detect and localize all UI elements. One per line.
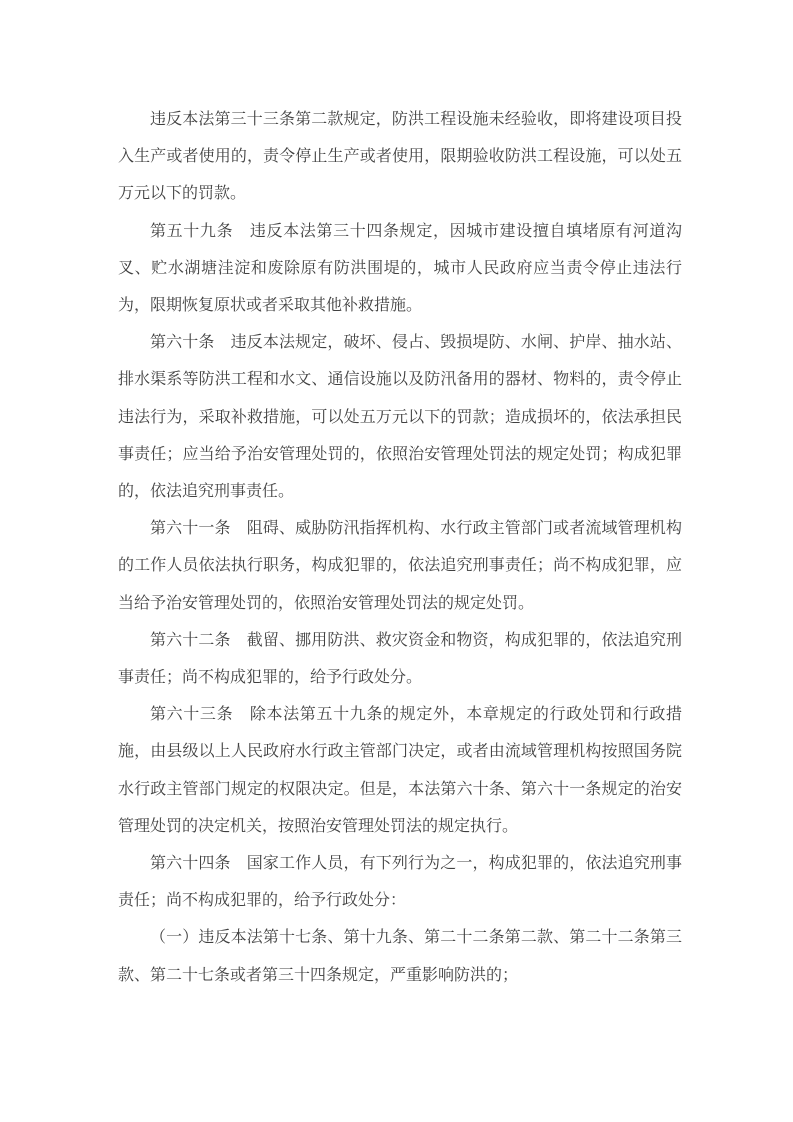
paragraph-article-63: 第六十三条 除本法第五十九条的规定外，本章规定的行政处罚和行政措施，由县级以上人… <box>118 696 682 845</box>
paragraph-article-64-item-1: （一）违反本法第十七条、第十九条、第二十二条第二款、第二十二条第三款、第二十七条… <box>118 919 682 993</box>
document-body: 违反本法第三十三条第二款规定，防洪工程设施未经验收，即将建设项目投入生产或者使用… <box>118 101 682 994</box>
paragraph-article-61: 第六十一条 阻碍、威胁防汛指挥机构、水行政主管部门或者流域管理机构的工作人员依法… <box>118 510 682 622</box>
paragraph-article-60: 第六十条 违反本法规定，破坏、侵占、毁损堤防、水闸、护岸、抽水站、排水渠系等防洪… <box>118 324 682 510</box>
paragraph-article-62: 第六十二条 截留、挪用防洪、救灾资金和物资，构成犯罪的，依法追究刑事责任；尚不构… <box>118 622 682 696</box>
paragraph-article-58-continuation: 违反本法第三十三条第二款规定，防洪工程设施未经验收，即将建设项目投入生产或者使用… <box>118 101 682 213</box>
paragraph-article-64: 第六十四条 国家工作人员，有下列行为之一，构成犯罪的，依法追究刑事责任；尚不构成… <box>118 845 682 919</box>
paragraph-article-59: 第五十九条 违反本法第三十四条规定，因城市建设擅自填堵原有河道沟叉、贮水湖塘洼淀… <box>118 213 682 325</box>
document-page: 违反本法第三十三条第二款规定，防洪工程设施未经验收，即将建设项目投入生产或者使用… <box>0 0 793 1122</box>
